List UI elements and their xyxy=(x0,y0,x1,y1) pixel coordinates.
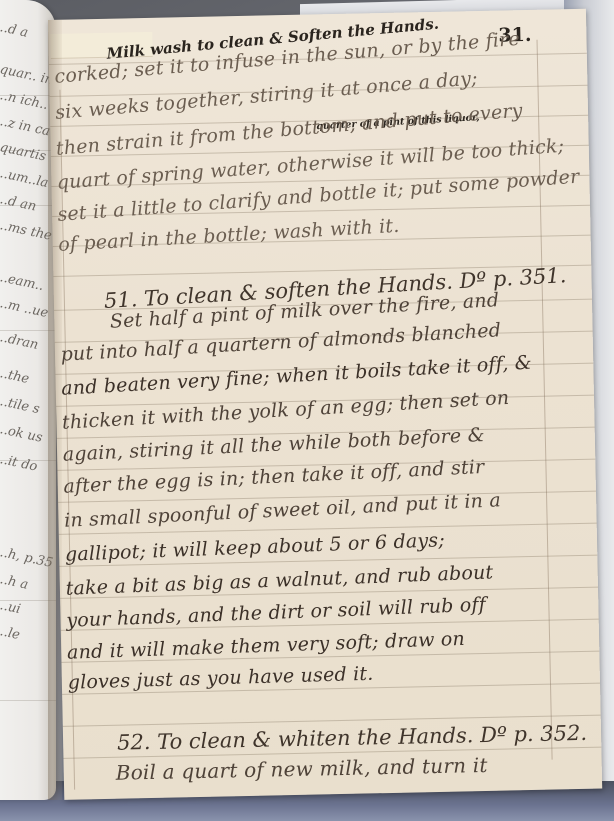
left-text-fragment: ..um..la xyxy=(0,166,50,191)
left-text-fragment: ..tile s xyxy=(0,394,41,417)
text-line: gallipot; it will keep about 5 or 6 days… xyxy=(65,529,446,566)
recipe-heading-52: 52. To clean & whiten the Hands. Dº p. 3… xyxy=(117,721,587,755)
left-text-fragment: ..h, p.35 xyxy=(0,545,54,571)
left-text-fragment: quartis xyxy=(0,140,47,164)
left-text-fragment: ..le xyxy=(0,624,21,643)
left-text-fragment: ..m ..ue xyxy=(0,296,50,321)
left-text-fragment: ..n ich.. xyxy=(0,88,49,113)
book-gutter xyxy=(48,20,62,800)
left-text-fragment: ..ok us xyxy=(0,422,44,446)
left-text-fragment: ..ms the xyxy=(0,218,53,244)
left-text-fragment: ..ui xyxy=(0,598,22,617)
left-text-fragment: ..d an xyxy=(0,192,38,214)
text-line: Boil a quart of new milk, and turn it xyxy=(116,753,488,785)
left-text-fragment: quar.. in xyxy=(0,62,55,88)
left-text-fragment: ..it do xyxy=(0,452,39,475)
left-text-fragment: ..dran xyxy=(0,330,40,353)
left-text-fragment: ..z in ca xyxy=(0,114,51,139)
right-page: 31. Milk wash to clean & Soften the Hand… xyxy=(48,9,602,800)
left-text-fragment: ..the xyxy=(0,366,30,387)
left-text-fragment: ..h a xyxy=(0,572,29,593)
left-text-fragment: ..d a xyxy=(0,20,29,41)
left-text-fragment: ..eam.. xyxy=(0,270,45,294)
